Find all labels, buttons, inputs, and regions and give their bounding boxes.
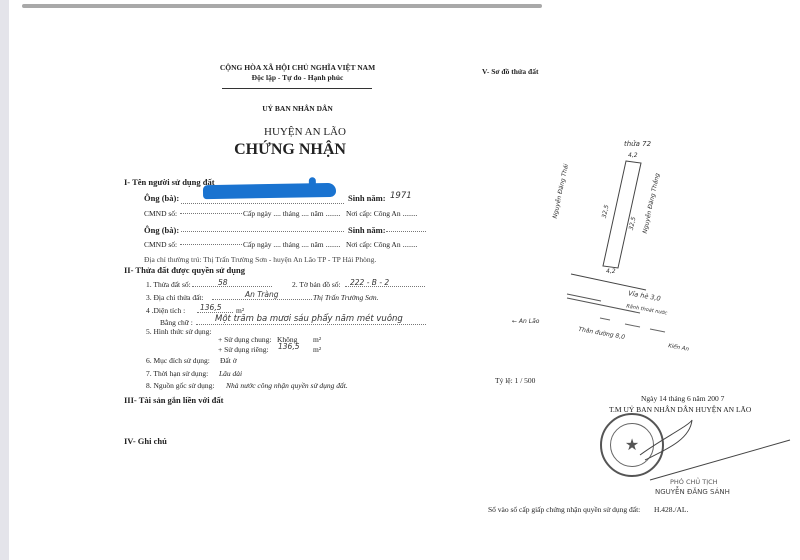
signature-scribble — [0, 0, 800, 560]
signer-name: NGUYỄN ĐĂNG SÁNH — [655, 488, 730, 496]
registry-label: Sổ vào sổ cấp giấp chứng nhận quyền sử d… — [488, 505, 640, 514]
registry-number: H.428./AL. — [654, 505, 688, 514]
signer-position: PHÓ CHỦ TỊCH — [670, 478, 718, 486]
